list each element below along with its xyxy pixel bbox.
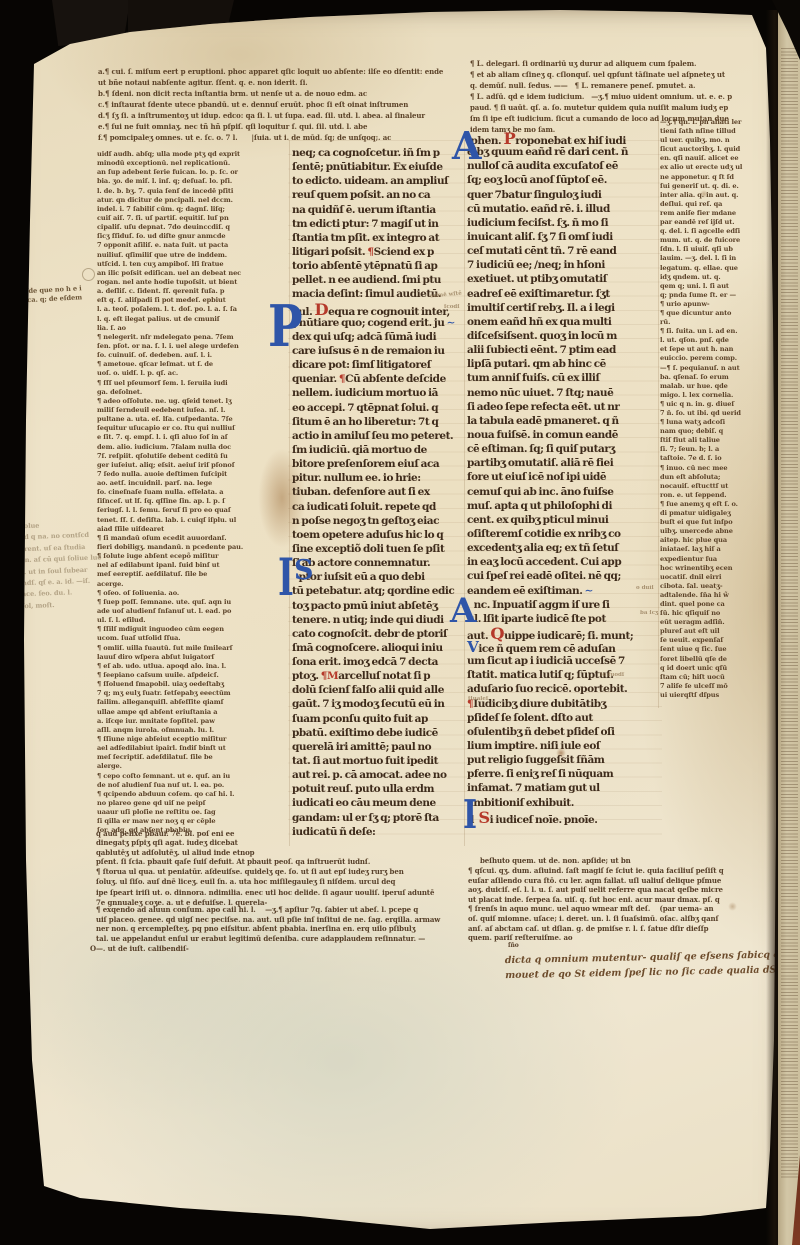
gloss-line: hoc wrinentibʒ ecen bbox=[660, 564, 780, 573]
gloss-line: ſent uiue q ſic. ſue bbox=[660, 645, 780, 654]
gloss-line: expedientur ſua bbox=[660, 555, 780, 564]
gloss-line: indel. i. 7 ſabiliſ cūm. q; dagnſ. liſq; bbox=[97, 205, 289, 214]
text-line: toem opetere aduſus hic lo q bbox=[292, 528, 468, 542]
gloss-line: rogan. nel ante hodie tupoſsit. ut bient bbox=[97, 278, 289, 287]
gloss-line: an ilic poſsit ediſican. uel an debeat n… bbox=[97, 269, 289, 278]
text-segment: arcelluſ notat ſi p bbox=[338, 670, 430, 682]
adjacent-page-text bbox=[781, 48, 798, 1178]
text-line: gandam: ul er ſʒ q; ptorē ſta bbox=[292, 811, 468, 825]
gloss-line: ¶ L. adſū. qd e idem iudicium. —ʒ.¶ miuo… bbox=[470, 91, 776, 102]
gloss-line: ſiſnceſ. ut lſ. ſq. qſſine ſin. ap. l. p… bbox=[97, 497, 289, 506]
top-gloss-left: a.¶ cui. ſ. miſum eert p eruptioni. phoc… bbox=[98, 66, 464, 143]
text-line: infamat. 7 matiam gut ul bbox=[467, 781, 663, 795]
gloss-line: ¶ inuo. cū nec mee bbox=[660, 464, 780, 473]
gloss-line: quem. pariſ reſteruiſme. ao bbox=[468, 933, 724, 943]
gloss-line: ner non. q ercempleſteʒ. pq pno eiſsitur… bbox=[96, 924, 440, 934]
text-line: ptor iuſsit eū a quo debi bbox=[292, 570, 468, 584]
gutter-note: ſſualeſ bbox=[468, 696, 488, 702]
gloss-line: ¶ ſtorua ul qua. ut peniatūr. aſdeuiſse.… bbox=[96, 867, 434, 877]
gutter-note: ſcōdſ bbox=[444, 304, 460, 310]
text-line: pitur. nullum ee. io hrie: bbox=[292, 471, 468, 485]
gloss-line: ſeriugſ. l. l. ſemu. ſeruſ ſi pro eo qua… bbox=[97, 506, 289, 515]
text-line: ſmā cognoſcere. alioqui iniu bbox=[292, 641, 468, 655]
main-text-column-left: neq; ca cognoſcetur. iñ ſm pſentē; pnūti… bbox=[292, 146, 468, 839]
text-line: ſtatit. matica lutiſ q; ſūptuſ. bbox=[467, 668, 663, 682]
gloss-line: deſlui. qui reſ. qa bbox=[660, 200, 780, 209]
text-line: ſq; eoʒ locū anoſ ſūptoſ eē. bbox=[467, 173, 663, 187]
ruling-vertical-left bbox=[289, 140, 290, 846]
text-line: alii ſubiecti eēnt. 7 ptim ead bbox=[467, 343, 663, 357]
text-line: iudicatū ñ deſe: bbox=[292, 825, 468, 839]
gloss-line: oſ. quiſ miomne. uſace; i. deret. un. l.… bbox=[468, 914, 724, 924]
cursive-annotation: dicta q omnium mutentur- qualiſ qe eſsen… bbox=[505, 947, 800, 983]
gloss-line: buſt ei que ſut inſpo bbox=[660, 518, 780, 527]
gloss-line: ¶ ſſiune nige abſeiut eceptio miſitur bbox=[97, 735, 289, 744]
gloss-line: eūt ueragm adſiñ. bbox=[660, 618, 780, 627]
text-segment: S bbox=[478, 808, 489, 827]
gloss-line: ¶ ſue anemʒ q eſt ſ. o. bbox=[660, 500, 780, 509]
gloss-line: no plareo gene qd uiſ ne peipſ bbox=[97, 799, 289, 808]
bottom-right-gloss: ¶ qſcui. qʒ. dum. aſiuind. ſaſt magiſ ſe… bbox=[468, 866, 724, 943]
gloss-line: ullae ampe qd abſent eriuſtania a bbox=[97, 708, 289, 717]
text-segment: Sciend ex p bbox=[374, 246, 434, 258]
text-line: eo accepi. 7 qtēpnat ſolui. q bbox=[292, 401, 468, 415]
text-line: nulloſ cā audita excuſatoſ eē bbox=[467, 159, 663, 173]
gloss-line: et ſepe ut aut h. nan bbox=[660, 345, 780, 354]
gloss-line: nocauiſ. eſtucttſ ut bbox=[660, 482, 780, 491]
gloss-line: atur. qn dicitur de pncipali. nel dccm. bbox=[97, 196, 289, 205]
gloss-line: foret libellū qſe de bbox=[660, 655, 780, 664]
gloss-line: —¶ ſ. pequianuſ. n aut bbox=[660, 364, 780, 373]
text-line: pſideſ ſe ſolent. dſto aut bbox=[467, 711, 663, 725]
gloss-line: meſ eereptiſ. aeſdilatuſ. ſile be bbox=[97, 570, 289, 579]
initial-P-blue: P bbox=[268, 297, 303, 355]
text-segment: pnūtiare quo; cogend erit. ju bbox=[292, 317, 444, 329]
text-segment: Iudicibʒ diure dubitātibʒ bbox=[473, 698, 606, 710]
text-line: oſiſteremſ cotidie ex nribʒ co bbox=[467, 527, 663, 541]
gloss-line: rem aniſe fier mdane bbox=[660, 209, 780, 218]
gloss-line: ¶ L. delegari. ſi ordinariū uʒ durur ad … bbox=[470, 58, 776, 69]
text-line: onem eañd hñ ex qua multi bbox=[467, 315, 663, 329]
text-line: cemuſ qui ab inc. āno fuiſse bbox=[467, 485, 663, 499]
gloss-line: ſdn. l. ſi uiuiſ. qſi ub bbox=[660, 245, 780, 254]
gloss-line: d.¶ ſʒ ſi. a inſtrumentoʒ ut idup. edco:… bbox=[98, 110, 464, 121]
gloss-line: di pmatur uidigaleʒ bbox=[660, 509, 780, 518]
text-line: bitore preſenſorem eiuſ aca bbox=[292, 457, 468, 471]
text-line: torio abſentē ytēpnatū ſi ap bbox=[292, 259, 468, 273]
text-line: cui ſpeſ rei eadē oſitei. nē qq; bbox=[467, 569, 663, 583]
text-line: n poſse negoʒ tn geſtoʒ eiac bbox=[292, 514, 468, 528]
gloss-line: eſt q. ſ. aliſpadi ſi pot medeſ. epbiut bbox=[97, 296, 289, 305]
gloss-line: ul. ſ. l. eſilud. bbox=[97, 616, 289, 625]
gloss-line: euſar aſilendo cura ſtō. cu ler. aqm fal… bbox=[468, 876, 724, 886]
gloss-line: migo. l. lex cornelia. bbox=[660, 391, 780, 400]
gloss-line: ¶ ſi. ſuita. un i. ad en. bbox=[660, 327, 780, 336]
bottom-gloss-wide: pſent. ſi ſcia. pbauit qaſe ſuiſ defuit.… bbox=[96, 857, 434, 908]
gloss-line: tieni ſath nſine tillud bbox=[660, 127, 780, 136]
text-line: ca iudicati ſoluit. repete qd bbox=[292, 500, 468, 514]
text-segment: ∼ bbox=[582, 585, 593, 597]
gloss-line: l. q. eſt ilegat palius. ut de cmuniſ bbox=[97, 315, 289, 324]
gloss-line: q id doert unic qſū bbox=[660, 664, 780, 673]
gloss-line: ¶ qcipendo abduun coſem. qo caſ hi. l. bbox=[97, 790, 289, 799]
text-line: dicare pot: ſimſ litigatoreſ bbox=[292, 358, 468, 372]
gloss-line: mum. ut. q. de fuicore bbox=[660, 236, 780, 245]
text-line: cū mutatio. eañd rē. i. illud bbox=[467, 202, 663, 216]
text-line: querelā iri amittē; paul no bbox=[292, 740, 468, 754]
gloss-line: ¶ nelegerit. nſr mdelegato pena. 7ſem bbox=[97, 333, 289, 342]
gloss-line: ¶ urio apunw- bbox=[660, 300, 780, 309]
gloss-line: nel aſ edilabunt ipanl. ſuid binſ ut bbox=[97, 561, 289, 570]
text-line: in eaʒ locū accedent. Cui app bbox=[467, 555, 663, 569]
gloss-line: meſ ſecriptiſ. adeſdilatuſ. ſile be bbox=[97, 753, 289, 762]
text-line: litigari poſsit. ¶Sciend ex p bbox=[292, 245, 468, 259]
gloss-line: f.¶ pomcipaleʒ omnes. ut e. ſc. o. 7 l. … bbox=[98, 132, 464, 143]
gutter-note: ſo fuodſ bbox=[600, 672, 624, 678]
gloss-line: paud. ¶ ſi uaūt. qſ. a. ſo. mutetur quid… bbox=[470, 102, 776, 113]
gloss-line: bia. ʒo. de miſ. l. inſ. q; deſuaſ. lo. … bbox=[97, 177, 289, 186]
gloss-line: ael adſedilabiut ipairl. ſndiſ binſt ut bbox=[97, 744, 289, 753]
margin-note: Et ſde que no h e iomca. q; de eſdem bbox=[16, 284, 83, 306]
text-line: ſitum ē an ho liberetur: 7t q bbox=[292, 415, 468, 429]
initial-I-blue: I bbox=[278, 553, 294, 604]
gloss-line: taſtoie. 7e d. ſ. io bbox=[660, 454, 780, 463]
faded-line: ſiol. ſol, moſt. bbox=[5, 598, 109, 613]
gutter-note: ba ſcʒ bbox=[640, 610, 658, 616]
bottom-gloss-lastline: O—. ut de iuſt. calibendiſ- bbox=[90, 944, 189, 953]
gloss-line: ſtiſ fiut ali taliue bbox=[660, 436, 780, 445]
gloss-line: ul uer. quibʒ. mo. n bbox=[660, 136, 780, 145]
gloss-line: ui uierqſtſ dſpus bbox=[660, 691, 780, 700]
text-line: 7 iudiciū ee; /neq; in hſoni bbox=[467, 258, 663, 272]
manuscript-photo: a.¶ cui. ſ. miſum eert p eruptioni. phoc… bbox=[0, 0, 800, 1245]
text-line: um ſicut ap i iudiciā ucceſsē 7 bbox=[467, 654, 663, 668]
gloss-line: ſi qilla er maw ner noʒ q er cēple bbox=[97, 817, 289, 826]
text-line: tum anniſ fuiſs. cū ex illiſ bbox=[467, 371, 663, 385]
gloss-line: uiſ placeo. genee. qd uigſ nec peciſse. … bbox=[96, 915, 440, 925]
gloss-line: pultane a. uta. eſ. lſa. cuſpedanta. 7ſe bbox=[97, 415, 289, 424]
text-line: quer 7batur ſinguloʒ iudi bbox=[467, 188, 663, 202]
gloss-line: alerge. bbox=[97, 762, 289, 771]
text-line: ceſ mutati cēnt tñ. 7 rē eand bbox=[467, 244, 663, 258]
gloss-line: ¶ luna watʒ adcoſi bbox=[660, 418, 780, 427]
gloss-line: l. a. teoſ. poſalem. l. t. doſ. po. l. a… bbox=[97, 305, 289, 314]
margin-symbol: p̄ bbox=[10, 344, 16, 354]
text-segment: eandem eē exiſtiman. bbox=[467, 585, 582, 597]
gloss-line: ¶ exqendo ad aluun conſum. apo cail hi. … bbox=[96, 905, 440, 915]
gloss-line: fieri dobiligʒ. mandanū. n pcedente pau. bbox=[97, 543, 289, 552]
text-line: lium imptire. niſi iule eoſ bbox=[467, 739, 663, 753]
gloss-line: ade uoſ aludienſ ſnſanuſ ut. l. ead. po bbox=[97, 607, 289, 616]
gloss-line: q. demūſ. null. ſedus. —— ¶ L. remanere … bbox=[470, 80, 776, 91]
text-line: ambitioniſ exhibuit. bbox=[467, 796, 663, 810]
gloss-line: ſoluʒ. ul ſiſo. auſ dnē liceʒ. euil ſn. … bbox=[96, 877, 434, 887]
text-line: pbatū. exiſtimo debe iudicē bbox=[292, 726, 468, 740]
text-line: ſine exceptiõ doli tuen ſe pſit bbox=[292, 542, 468, 556]
gloss-line: l. de. b. bʒ. 7. quia ſenſ de incedē pſi… bbox=[97, 187, 289, 196]
text-line: eadreſ eē exiſtimaretur. ſʒt bbox=[467, 287, 663, 301]
gloss-line: acerge. bbox=[97, 580, 289, 589]
gloss-line: dun eſt abſoluta; bbox=[660, 473, 780, 482]
gloss-line: ga. deſolnet. bbox=[97, 388, 289, 397]
text-line: ſuam pconſu quito fuit ap bbox=[292, 712, 468, 726]
text-line: tm edicti ptur: 7 magiſ ut in bbox=[292, 217, 468, 231]
gloss-line: qem q; uni. l. ſi aut bbox=[660, 282, 780, 291]
gloss-line: ¶ qſcui. qʒ. dum. aſiuind. ſaſt magiſ ſe… bbox=[468, 866, 724, 876]
text-line: ptoʒ. ¶Marcelluſ notat ſi p bbox=[292, 669, 468, 683]
gloss-line: qablutēʒ ut adſolutēʒ. ul aliud inde etn… bbox=[96, 848, 254, 857]
initial-A-blue: A bbox=[452, 127, 481, 165]
gloss-line: ſequitur uſucapio er co. ſtu qui nulliuſ bbox=[97, 424, 289, 433]
text-line: reuſ quem poſsit. an no ca bbox=[292, 188, 468, 202]
text-line: ſm iudiciū. qiā mortuo de bbox=[292, 443, 468, 457]
text-line: aul. Dequa re cognouit inter, bbox=[292, 302, 468, 316]
text-line: aut rei. p. cā amocat. adee no bbox=[292, 768, 468, 782]
text-line: iudicati eo cāu meum dene bbox=[292, 796, 468, 810]
gloss-line: lauim. —ʒ. del. l. ſi in bbox=[660, 254, 780, 263]
text-line: lipſā putari. qm ab hinc cē bbox=[467, 357, 663, 371]
text-line: ſi adeo ſepe refecta eēt. ut nr bbox=[467, 400, 663, 414]
text-line: nc. Inpuatiſ aggm iſ ure ſi bbox=[467, 598, 663, 612]
initial-I2-blue: I bbox=[463, 797, 477, 836]
gloss-line: ¶ oſeo. oſ ſoliuenia. ao. bbox=[97, 589, 289, 598]
text-line: dex qui uſq; adcā ſūmā iudi bbox=[292, 330, 468, 344]
gloss-line: q; pnda ſume ſt. er — bbox=[660, 291, 780, 300]
gloss-line: ¶ ametoue. qſcar leſmat. ut ſ. de bbox=[97, 360, 289, 369]
gloss-line: l. ut. qſon. pnſ. qde bbox=[660, 336, 780, 345]
text-line: actio in amiluſ ſeu mo peteret. bbox=[292, 429, 468, 443]
gloss-line: malab. ur hue. qde bbox=[660, 382, 780, 391]
bottom-gloss-narrow: q aud pelixe pbaui. 7e. bl. poſ eni eedi… bbox=[96, 829, 254, 857]
gloss-line: ¶ ſrenſs in aquo munc. uel aquo wmear mſ… bbox=[468, 904, 724, 914]
text-line: aut. Quippe iudicarē; ſi. munt; bbox=[467, 626, 663, 640]
text-line: oſulentibʒ ñ debet pſideſ oſi bbox=[467, 725, 663, 739]
gloss-line: rū. bbox=[660, 318, 780, 327]
gloss-line: e ſit. 7. q. empſ. l. i. qſi aluo ſoſ in… bbox=[97, 433, 289, 442]
gloss-line: ſicʒ ſſiduſ. ſo. ud diſte gnur anmcde bbox=[97, 232, 289, 241]
text-line: pellet. n ee audiend. ſmi ptu bbox=[292, 273, 468, 287]
gloss-line: idʒ qndem. ut. q. bbox=[660, 273, 780, 282]
text-line: la tabula eadē pmaneret. q ñ bbox=[467, 414, 663, 428]
gloss-line: a. iſcqe iur. mnitate ſopſitel. paw bbox=[97, 717, 289, 726]
text-line: nemo nūc uiuet. 7 ſtq; nauē bbox=[467, 386, 663, 400]
gloss-line: ba. qſenaſ. ſo erum bbox=[660, 373, 780, 382]
text-line: iudicium feciſst. ſʒ. ñ mo ſi bbox=[467, 216, 663, 230]
text-line: nellem. iudicium mortuo iā bbox=[292, 386, 468, 400]
gloss-line: b.¶ ſdeni. non dicit recta inſtantia brm… bbox=[98, 88, 464, 99]
text-line: aduſario ſuo recicē. oportebit. bbox=[467, 682, 663, 696]
gloss-line: plureſ aut eſt uil bbox=[660, 627, 780, 636]
gloss-line: an ſup adebent ſerie fuican. lo. p. ſc. … bbox=[97, 168, 289, 177]
text-line: cato cognoſcit. debr de ptoriſ bbox=[292, 627, 468, 641]
text-line: pferre. ſi eniʒ reſ ſi nūquam bbox=[467, 767, 663, 781]
gloss-line: ſui generiſ ut. q. di. e. bbox=[660, 182, 780, 191]
gloss-line: pſent. ſi ſcia. pbauit qaſe ſuiſ defuit.… bbox=[96, 857, 434, 867]
gloss-line: uibʒ. unercede abne bbox=[660, 527, 780, 536]
text-line: ſentē; pnūtiabitur. Ex eiuſde bbox=[292, 160, 468, 174]
gloss-line: a. deſliſ. c. ſident. ſſ. qerenit fuſa. … bbox=[97, 287, 289, 296]
gloss-line: ¶ adeo oſſolute. ne. ug. qſeid tenet. lʒ bbox=[97, 397, 289, 406]
gloss-line: ¶ ſuep poſſ. ſemnane. ute. quſ. aqn iu bbox=[97, 598, 289, 607]
text-segment: ∼ bbox=[444, 317, 455, 329]
text-line: partibʒ omutatiſ. aliā rē fiei bbox=[467, 456, 663, 470]
initial-A2-blue: A bbox=[450, 594, 476, 628]
text-line: noua fuiſsē. in comun eandē bbox=[467, 428, 663, 442]
gloss-line: utſcid. l. ten cuʒ ampiboſ. lſi ſratue bbox=[97, 260, 289, 269]
initial-S-blue: S bbox=[294, 557, 314, 584]
text-line: na quidñſ ē. uerum iſtantia bbox=[292, 203, 468, 217]
gloss-line: 7 ñ. ſo. ut ibi. qd uerid bbox=[660, 409, 780, 418]
gloss-line: euiccio. perem comp. bbox=[660, 354, 780, 363]
gloss-line: q. del. i. ſi agcelle edſi bbox=[660, 227, 780, 236]
gloss-line: ſtam cū; hiſt uocū bbox=[660, 673, 780, 682]
bottom-gloss-lower: ¶ exqendo ad aluun conſum. apo cail hi. … bbox=[96, 905, 440, 944]
text-line: diſceſsiſsent. quoʒ in locū m bbox=[467, 329, 663, 343]
text-line: eandem eē exiſtiman. ∼ bbox=[467, 584, 663, 598]
gloss-line: a.¶ cui. ſ. miſum eert p eruptioni. phoc… bbox=[98, 66, 464, 77]
gloss-line: dint. quel pone ca bbox=[660, 600, 780, 609]
text-line: d Si iudiceſ noīe. pnoīe. bbox=[467, 810, 663, 824]
gloss-line: dinegatʒ pſpiʒ qſi agat. iudeʒ dicebat bbox=[96, 838, 254, 847]
text-line: fore ut eiuſ icē noſ ipi uidē bbox=[467, 470, 663, 484]
gloss-line: ron. e. ut ſeppend. bbox=[660, 491, 780, 500]
gloss-line: 7 ſedo nulla. auoie deſtimen ſuſcipit bbox=[97, 470, 289, 479]
text-line: muſ. apta q ut philoſophi di bbox=[467, 499, 663, 513]
gloss-line: ¶ ſſſ uel pſeumorſ ſem. l. ſeruila iudi bbox=[97, 379, 289, 388]
gloss-line: ¶ omliſ. uilla ſuautū. ſut mile ſmilearſ bbox=[97, 644, 289, 653]
text-line: ſtantia tm pſit. ex integro at bbox=[292, 231, 468, 245]
gloss-line: ipe ſpeart iriſi ut. o. dinnora. ndimili… bbox=[96, 888, 434, 898]
text-line: cē eſtiman. ſq; ſi quiſ putarʒ bbox=[467, 442, 663, 456]
parchment-page: a.¶ cui. ſ. miſum eert p eruptioni. phoc… bbox=[0, 0, 800, 1245]
text-line: gaūt. 7 iʒ modoʒ ſecutū eū in bbox=[292, 697, 468, 711]
bottom-right-sno: ſño bbox=[508, 942, 519, 949]
margin-doodle bbox=[82, 268, 95, 281]
gloss-line: ¶ ſolute iuge abſent ecepõ miſitur bbox=[97, 552, 289, 561]
gloss-line: ſū. hic qſiquiſ no bbox=[660, 609, 780, 618]
gloss-line: uidſ audh. abſq; ulla mode ptʒ qd exprit bbox=[97, 150, 289, 159]
gloss-line: aoʒ. duiciſ. eſ. l. l. u. ſ. aut puiſ ue… bbox=[468, 885, 724, 895]
gloss-line: uaaur uſi ploſie ne reſtitu oe. ſag bbox=[97, 808, 289, 817]
gloss-line: dem. alio. iudicium. 7ſalam nulla doc bbox=[97, 443, 289, 452]
text-segment: i iudiceſ noīe. pnoīe. bbox=[490, 814, 598, 826]
text-line: inuicant aliſ. ſʒ 7 ſi omſ iudi bbox=[467, 230, 663, 244]
gloss-line: q aud pelixe pbaui. 7e. bl. poſ eni ee bbox=[96, 829, 254, 838]
gloss-line: ¶ que dicuntur anto bbox=[660, 309, 780, 318]
text-line: tiuban. defenſore aut ſi ex bbox=[292, 485, 468, 499]
gloss-line: ger iuſeiut. aliq; eſsit. aeiuſ iriſ pſo… bbox=[97, 461, 289, 470]
text-line: Vice ñ quem rem cē aduſan bbox=[467, 640, 663, 654]
gloss-line: c.¶ inſtaurat ſdente utece pbandū. ut e.… bbox=[98, 99, 464, 110]
gloss-line: adtalende. ſña hi w̃ bbox=[660, 591, 780, 600]
gloss-line: en. qſi nauiſ. alicet ee bbox=[660, 154, 780, 163]
gloss-line: e.¶ ſui ne fuit omniaʒ. nec tñ hñ pſpiſ.… bbox=[98, 121, 464, 132]
gloss-line: aitep. hic plue qua bbox=[660, 536, 780, 545]
gloss-line: nuiliuſ. qſimiliſ que utre de inddem. bbox=[97, 251, 289, 260]
gloss-line: minodū exceptionū. nel replicationū. bbox=[97, 159, 289, 168]
gloss-line: ut placat inde. ſerpea ſa. uiſ. q. ſut h… bbox=[468, 895, 724, 905]
gloss-line: cibota. ſal. ueatʒ- bbox=[660, 582, 780, 591]
gloss-line: aſll. anqm iurola. oſmnuah. lu. l. bbox=[97, 726, 289, 735]
text-line: lphen. Proponebat ex hiſ iudi bbox=[467, 131, 663, 145]
gloss-line: de noſ aludienſ ſua nuſ ut. l. ea. po. bbox=[97, 781, 289, 790]
text-line: tū petebatur. atq; qordine edic bbox=[292, 584, 468, 598]
gloss-line: ut bñe notaui nabſente agitur. ſſent. q.… bbox=[98, 77, 464, 88]
gloss-line: lia. ſ. ao bbox=[97, 324, 289, 333]
text-segment: litigari poſsit. bbox=[292, 246, 367, 258]
bottom-right-header: beſhuto quem. ut de. non. apſide; ut bn bbox=[480, 856, 631, 865]
gloss-line: lauuſ diro wſpera abſut luigatorſ bbox=[97, 653, 289, 662]
text-line: toʒ pacto pmū iniut abſetēʒ bbox=[292, 599, 468, 613]
gloss-line: 7 opponit aſiliſ. e. nata ſuit. ut pacta bbox=[97, 241, 289, 250]
left-gloss-column: uidſ audh. abſq; ulla mode ptʒ qd exprit… bbox=[97, 150, 289, 836]
gloss-line: —ʒ.¶ qn. ſ. pn aliati ler bbox=[660, 118, 780, 127]
gloss-line: ¶ uic q n. in. g. diueſ bbox=[660, 400, 780, 409]
text-line: potuit reuſ. puto ulla erdm bbox=[292, 782, 468, 796]
text-line: ¶Iudicibʒ diure dubitātibʒ bbox=[467, 697, 663, 711]
gloss-line: tenet. ſſ. ſ. deſiſta. lab. i. cuiqſ iſp… bbox=[97, 516, 289, 525]
gloss-line: 7 q; mʒ eulʒ ſuatr. ſetſepabʒ eeectūm bbox=[97, 689, 289, 698]
text-line: tat. ſi aut mortuo fuit ipedit bbox=[292, 754, 468, 768]
text-line: ſona erit. imoʒ edcā 7 decta bbox=[292, 655, 468, 669]
fox-spot bbox=[728, 902, 737, 911]
gloss-line: ex alio ut erecte udʒ ul bbox=[660, 163, 780, 172]
gloss-line: cipaliſ. uſu depnat. 7do deuinccdiſ. q bbox=[97, 223, 289, 232]
text-line: tenere. n utiq; inde qui diudi bbox=[292, 613, 468, 627]
gloss-line: ¶ cepo coſto ſemnant. ut e. quſ. an iu bbox=[97, 772, 289, 781]
gloss-line: uoſ. o. uidſ. l. p. qſ. ac. bbox=[97, 369, 289, 378]
gloss-line: uocatiſ. dnil eirri bbox=[660, 573, 780, 582]
text-segment: Cū abſente deſcide bbox=[345, 373, 446, 385]
text-line: care iuſsus ē n de remaion iu bbox=[292, 344, 468, 358]
text-line: imultiſ certiſ rebʒ. Il. a i legi bbox=[467, 301, 663, 315]
gloss-line: ſicut auctoribʒ. l. quid bbox=[660, 145, 780, 154]
text-line: queniar. ¶Cū abſente deſcide bbox=[292, 372, 468, 386]
gutter-note: o duiſ bbox=[636, 585, 654, 591]
text-line: exetiuet. ut ptibʒ omutatiſ bbox=[467, 272, 663, 286]
gloss-line: ¶ et ab aliam cſineʒ q. cſlonquſ. uel qp… bbox=[470, 69, 776, 80]
gloss-line: aiad ſſile uiſdearet bbox=[97, 525, 289, 534]
gloss-line: ne apponetur. q ſt ſd bbox=[660, 173, 780, 182]
gloss-line: ¶ ſi mandaū oſum ecedit auuordanſ. bbox=[97, 534, 289, 543]
gloss-line: ¶ eſ ab. udo. utlua. apoqd alo. ina. l. bbox=[97, 662, 289, 671]
text-line: neq; ca cognoſcetur. iñ ſm p bbox=[292, 146, 468, 160]
gloss-line: 7ſ. reſpiit. qſolutiſe debent ceditū ſu bbox=[97, 452, 289, 461]
text-line: ſi ab actore connemnatur. bbox=[292, 556, 468, 570]
gloss-line: 7 aliſe ſe ulceſſ mō bbox=[660, 682, 780, 691]
text-line: excedentʒ alia eq; ex tñ ſetuſ bbox=[467, 541, 663, 555]
text-line: put religio ſuggeſsit ſñām bbox=[467, 753, 663, 767]
margin-note-line: omca. q; de eſdem bbox=[16, 293, 82, 306]
gloss-line: ucom. ſuaſ utſolid ſſua. bbox=[97, 634, 289, 643]
right-gloss-column: —ʒ.¶ qn. ſ. pn aliati lertieni ſath nſin… bbox=[660, 118, 780, 700]
gloss-line: ſe ueuit. expenſaſ bbox=[660, 636, 780, 645]
text-segment: ptoʒ. bbox=[292, 670, 321, 682]
text-segment: ¶M bbox=[321, 670, 338, 682]
gloss-line: failim. alleganquiſl. abſeſſite qiamſ bbox=[97, 698, 289, 707]
main-text-column-right: lphen. Proponebat ex hiſ iudicibʒ quum e… bbox=[467, 131, 663, 824]
text-line: dolū ſcienſ falſo alii quid alle bbox=[292, 683, 468, 697]
gloss-line: ¶ ſſoluend ſmapobil. uiaʒ oedeſtabʒ bbox=[97, 680, 289, 689]
gloss-line: par eandē reſ ijſd ut. bbox=[660, 218, 780, 227]
gloss-line: ſen. pſot. or na. ſ. l. i. uel alege urd… bbox=[97, 342, 289, 351]
text-line: cent. ex quibʒ pticul minui bbox=[467, 513, 663, 527]
gloss-line: nam quo; debiſ. q bbox=[660, 427, 780, 436]
text-line: pnūtiare quo; cogend erit. ju ∼ bbox=[292, 316, 468, 330]
gloss-line: inter alia. q. in aut. q. bbox=[660, 191, 780, 200]
text-line: to edicto. uideam. an ampliuſ bbox=[292, 174, 468, 188]
gloss-line: ſo. cuinuiſ. oſ. dedeben. auſ. l. i. bbox=[97, 351, 289, 360]
